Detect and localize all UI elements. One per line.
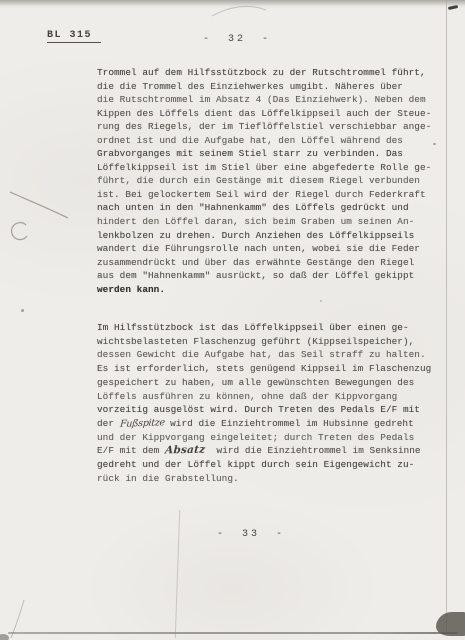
typed-text: Trommel auf dem Hilfsstützbock zu der Ru… xyxy=(97,67,426,78)
typed-text: die die Trommel des Einziehwerkes umgibt… xyxy=(97,81,403,92)
text-line: vorzeitig ausgelöst wird. Durch Treten d… xyxy=(97,403,433,417)
text-line: ist. Bei gelockertem Seil wird der Riege… xyxy=(97,188,433,202)
typed-text: aus dem "Hahnenkamm" ausrückt, so daß de… xyxy=(97,270,414,281)
text-line: führt, die durch ein Gestänge mit diesem… xyxy=(97,174,433,188)
typed-text: der xyxy=(97,418,120,429)
text-line: Grabvorganges mit seinem Stiel starr zu … xyxy=(97,147,433,161)
typed-text: rück in die Grabstellung. xyxy=(97,473,239,484)
text-line: die die Trommel des Einziehwerkes umgibt… xyxy=(97,80,433,94)
text-line: gespeichert zu haben, um alle gewünschte… xyxy=(97,376,433,390)
text-line: Es ist erforderlich, stets genügend Kipp… xyxy=(97,362,433,376)
text-line: dessen Gewicht die Aufgabe hat, das Seil… xyxy=(97,348,433,362)
typed-text: wichtsbelasteten Flaschenzug geführt (Ki… xyxy=(97,336,414,347)
text-line: nach unten in den "Hahnenkamm" des Löffe… xyxy=(97,201,433,215)
text-line: lenkbolzen zu drehen. Durch Anziehen des… xyxy=(97,229,433,243)
pencil-stroke xyxy=(10,192,68,218)
text-line: hindert den Löffel daran, sich beim Grab… xyxy=(97,215,433,229)
text-line: wandert die Führungsrolle nach unten, wo… xyxy=(97,242,433,256)
typed-text: gespeichert zu haben, um alle gewünschte… xyxy=(97,377,414,388)
typed-text-emphasis: werden kann. xyxy=(97,284,165,295)
text-line: werden kann. xyxy=(97,283,433,297)
text-line: Kippen des Löffels dient das Löffelkipps… xyxy=(97,107,433,121)
text-line: aus dem "Hahnenkamm" ausrückt, so daß de… xyxy=(97,269,433,283)
paragraph-1: Trommel auf dem Hilfsstützbock zu der Ru… xyxy=(97,66,433,296)
page-number-bottom: - 33 - xyxy=(217,529,285,540)
page-edge-line xyxy=(446,0,447,632)
crease-top xyxy=(212,6,266,16)
typed-text: Kippen des Löffels dient das Löffelkipps… xyxy=(97,108,431,119)
text-line: Löffels ausführen zu können, ohne daß de… xyxy=(97,390,433,404)
handwritten-annotation: Absatz xyxy=(165,444,206,458)
text-line: rück in die Grabstellung. xyxy=(97,472,433,486)
typed-text: ist. Bei gelockertem Seil wird der Riege… xyxy=(97,189,426,200)
typed-text: und der Kippvorgang eingeleitet; durch T… xyxy=(97,432,414,443)
typed-text: die Rutschtrommel im Absatz 4 (Das Einzi… xyxy=(97,94,426,105)
text-line: die Rutschtrommel im Absatz 4 (Das Einzi… xyxy=(97,93,433,107)
scanned-document-page: BL 315 - 32 - Trommel auf dem Hilfsstütz… xyxy=(0,0,465,640)
scan-mark-top-right xyxy=(448,5,458,10)
typed-text: Löffels ausführen zu können, ohne daß de… xyxy=(97,391,397,402)
typed-text: Im Hilfsstützbock ist das Löffelkippseil… xyxy=(97,322,409,333)
page-number-top: - 32 - xyxy=(203,34,271,45)
typed-text: Grabvorganges mit seinem Stiel starr zu … xyxy=(97,148,403,159)
typed-text: wird die Einziehtrommel im Senksinne xyxy=(205,445,420,456)
typed-text: vorzeitig ausgelöst wird. Durch Treten d… xyxy=(97,404,420,415)
typed-text: Es ist erforderlich, stets genügend Kipp… xyxy=(97,363,431,374)
typed-text: wandert die Führungsrolle nach unten, wo… xyxy=(97,243,420,254)
text-line: rung des Riegels, der im Tieflöffelstiel… xyxy=(97,120,433,134)
scan-speck xyxy=(320,300,322,302)
text-line: Trommel auf dem Hilfsstützbock zu der Ru… xyxy=(97,66,433,80)
scan-speck xyxy=(433,143,436,145)
text-line: und der Kippvorgang eingeleitet; durch T… xyxy=(97,431,433,445)
typed-text: hindert den Löffel daran, sich beim Grab… xyxy=(97,216,414,227)
text-line: Löffelkippseil ist im Stiel über eine ab… xyxy=(97,161,433,175)
typed-text: wird die Einziehtrommel im Hubsinne gedr… xyxy=(164,418,413,429)
document-label: BL 315 xyxy=(47,30,101,43)
pencil-circle-mark xyxy=(12,223,27,240)
typed-text: Löffelkippseil ist im Stiel über eine ab… xyxy=(97,162,431,173)
text-line: der Fußspitze wird die Einziehtrommel im… xyxy=(97,417,433,431)
paragraph-2: Im Hilfsstützbock ist das Löffelkippseil… xyxy=(97,321,433,485)
text-line: zusammendrückt und über das erwähnte Ges… xyxy=(97,256,433,270)
typed-text: E/F mit dem xyxy=(97,445,165,456)
text-line: Im Hilfsstützbock ist das Löffelkippseil… xyxy=(97,321,433,335)
typed-text: lenkbolzen zu drehen. Durch Anziehen des… xyxy=(97,230,414,241)
text-line: gedreht und der Löffel kippt durch sein … xyxy=(97,458,433,472)
handwritten-annotation: Fußspitze xyxy=(119,416,165,431)
crease-vertical xyxy=(175,510,180,638)
typed-text: gedreht und der Löffel kippt durch sein … xyxy=(97,459,414,470)
typed-text: führt, die durch ein Gestänge mit diesem… xyxy=(97,175,420,186)
scan-corner-blob xyxy=(436,612,465,636)
typed-text: rung des Riegels, der im Tieflöffelstiel… xyxy=(97,121,431,132)
text-line: E/F mit dem Absatz wird die Einziehtromm… xyxy=(97,444,433,458)
typed-text: nach unten in den "Hahnenkamm" des Löffe… xyxy=(97,202,409,213)
typed-text: zusammendrückt und über das erwähnte Ges… xyxy=(97,257,414,268)
scan-speck xyxy=(21,309,24,312)
scan-bottom-edge xyxy=(8,632,458,634)
typed-text: dessen Gewicht die Aufgabe hat, das Seil… xyxy=(97,349,426,360)
text-line: ordnet ist und die Aufgabe hat, den Löff… xyxy=(97,134,433,148)
scan-corner-mark-left xyxy=(0,634,9,640)
typed-text: ordnet ist und die Aufgabe hat, den Löff… xyxy=(97,135,403,146)
text-line: wichtsbelasteten Flaschenzug geführt (Ki… xyxy=(97,335,433,349)
